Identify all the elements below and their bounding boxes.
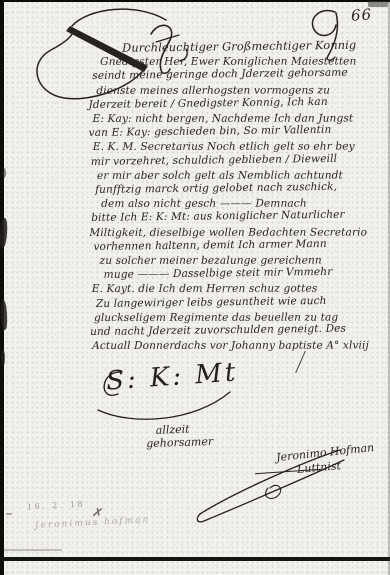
body-line: seindt meine geringe doch Jderzeit gehor… <box>92 66 384 84</box>
stray-pen-slash <box>295 351 306 373</box>
ink-smudge <box>0 300 8 330</box>
ink-smudge <box>2 168 6 178</box>
archive-name-note: Jeronimus hofman <box>35 515 151 531</box>
scan-border-top <box>0 0 390 2</box>
folio-number: 66 <box>350 5 372 24</box>
manuscript-page: 66 Durchleuchtiger Großmechtiger Konnig … <box>0 0 390 575</box>
body-line: bitte Ich E: K: Mt: aus koniglicher Natu… <box>91 208 385 226</box>
body-line: muge ——— Dasselbige steit mir Vmmehr <box>104 264 386 282</box>
body-line: und nacht Jderzeit zuvorschulden geneigt… <box>90 321 386 339</box>
body-line: vorhennen haltenn, demit Ich armer Mann <box>93 236 385 254</box>
scan-scratch-mark <box>4 549 62 551</box>
body-line: Zu langewiriger leibs gesuntheit wie auc… <box>96 293 386 311</box>
pencil-stray-mark <box>6 513 12 515</box>
ink-smudge <box>0 218 8 248</box>
scan-border-bottom <box>0 557 390 561</box>
royal-monogram: S: K: Mt <box>92 352 242 424</box>
body-line: Durchleuchtiger Großmechtiger Konnig <box>122 37 384 55</box>
archive-date-note: 16. 2. 18 <box>27 499 86 511</box>
letter-body: Durchleuchtiger Großmechtiger Konnig Gne… <box>88 39 386 354</box>
body-line: mir vorzehret, schuldich geblieben / Die… <box>91 151 385 169</box>
body-line: van E: Kay: geschieden bin, So mir Valle… <box>89 122 385 140</box>
ink-smudge <box>1 350 5 366</box>
body-line: Jderzeit bereit / Gnedigster Konnig, Ich… <box>88 94 384 112</box>
body-line: funfftzig marck ortig gelobet nach zusch… <box>95 179 385 197</box>
scan-border-left <box>0 0 4 575</box>
